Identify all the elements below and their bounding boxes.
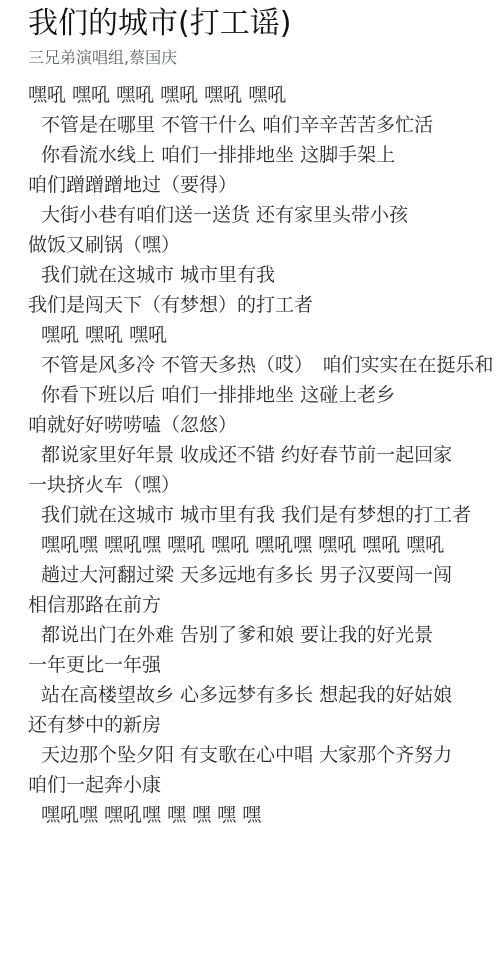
lyric-line: 天边那个坠夕阳 有支歌在心中唱 大家那个齐努力 bbox=[28, 740, 500, 770]
lyric-line: 一年更比一年强 bbox=[28, 650, 500, 680]
lyric-line: 相信那路在前方 bbox=[28, 590, 500, 620]
lyric-line: 咱们蹭蹭蹭地过（要得） bbox=[28, 170, 500, 200]
lyric-line: 嘿吼 嘿吼 嘿吼 bbox=[28, 320, 500, 350]
lyric-line: 一块挤火车（嘿） bbox=[28, 470, 500, 500]
lyric-line: 不管是在哪里 不管干什么 咱们辛辛苦苦多忙活 bbox=[28, 110, 500, 140]
lyric-line: 大街小巷有咱们送一送货 还有家里头带小孩 bbox=[28, 200, 500, 230]
lyric-line: 我们就在这城市 城市里有我 我们是有梦想的打工者 bbox=[28, 500, 500, 530]
lyric-line: 都说出门在外难 告别了爹和娘 要让我的好光景 bbox=[28, 620, 500, 650]
lyric-line: 我们就在这城市 城市里有我 bbox=[28, 260, 500, 290]
lyric-line: 还有梦中的新房 bbox=[28, 710, 500, 740]
lyric-line: 都说家里好年景 收成还不错 约好春节前一起回家 bbox=[28, 440, 500, 470]
song-title: 我们的城市(打工谣) bbox=[28, 4, 500, 43]
lyrics-section: 嘿吼 嘿吼 嘿吼 嘿吼 嘿吼 嘿吼 不管是在哪里 不管干什么 咱们辛辛苦苦多忙活… bbox=[28, 80, 500, 830]
lyric-line: 嘿吼 嘿吼 嘿吼 嘿吼 嘿吼 嘿吼 bbox=[28, 80, 500, 110]
lyric-line: 嘿吼嘿 嘿吼嘿 嘿 嘿 嘿 嘿 bbox=[28, 800, 500, 830]
lyric-line: 嘿吼嘿 嘿吼嘿 嘿吼 嘿吼 嘿吼嘿 嘿吼 嘿吼 嘿吼 bbox=[28, 530, 500, 560]
lyric-line: 趟过大河翻过梁 天多远地有多长 男子汉要闯一闯 bbox=[28, 560, 500, 590]
lyric-line: 站在高楼望故乡 心多远梦有多长 想起我的好姑娘 bbox=[28, 680, 500, 710]
lyric-line: 你看下班以后 咱们一排排地坐 这碰上老乡 bbox=[28, 380, 500, 410]
lyric-line: 不管是风多冷 不管天多热（哎） 咱们实实在在挺乐和 bbox=[28, 350, 500, 380]
lyric-line: 我们是闯天下（有梦想）的打工者 bbox=[28, 290, 500, 320]
lyric-line: 咱们一起奔小康 bbox=[28, 770, 500, 800]
lyric-line: 你看流水线上 咱们一排排地坐 这脚手架上 bbox=[28, 140, 500, 170]
lyric-line: 做饭又刷锅（嘿） bbox=[28, 230, 500, 260]
lyric-line: 咱就好好唠唠嗑（忽悠） bbox=[28, 410, 500, 440]
artist-name: 三兄弟演唱组,蔡国庆 bbox=[28, 46, 500, 70]
lyrics-page: 我们的城市(打工谣) 三兄弟演唱组,蔡国庆 嘿吼 嘿吼 嘿吼 嘿吼 嘿吼 嘿吼 … bbox=[0, 0, 500, 970]
